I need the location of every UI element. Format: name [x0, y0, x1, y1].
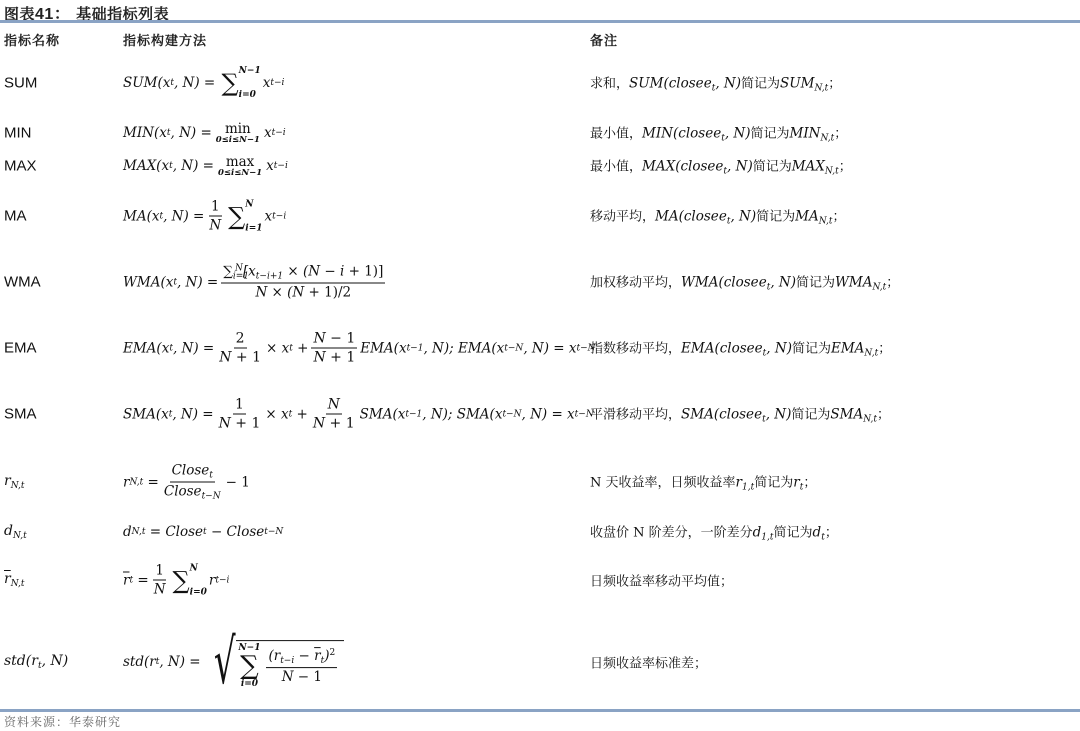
remark: 最小值，MAX(closeet, N)简记为MAXN,t；	[590, 156, 852, 177]
header-name: 指标名称	[4, 30, 60, 49]
formula-std: std(rt, N) = √ N−1∑i=0 (rt−i − rt)2N − 1	[123, 634, 344, 690]
formula-max: MAX(xt, N) = max0≤i≤N−1xt−i	[123, 154, 288, 178]
indicator-name: EMA	[4, 340, 37, 357]
indicator-name: MA	[4, 208, 27, 225]
indicator-name: SMA	[4, 406, 37, 423]
bottom-rule	[0, 709, 1080, 712]
source-note: 资料来源：华泰研究	[4, 713, 121, 730]
remark: N 天收益率，日频收益率r1,t简记为rt；	[590, 472, 816, 493]
header-remark: 备注	[590, 30, 618, 49]
indicator-name: dN,t	[4, 523, 27, 541]
remark: 求和，SUM(closeet, N)简记为SUMN,t；	[590, 73, 841, 94]
indicator-name: std(rt, N)	[4, 653, 68, 671]
header-method: 指标构建方法	[123, 30, 207, 49]
formula-wma: WMA(xt, N) = ∑i=1N[xt−i+1 × (N − i + 1)]…	[123, 264, 388, 301]
formula-ema: EMA(xt, N) = 2N + 1 × xt + N − 1N + 1EMA…	[123, 331, 596, 366]
remark: 最小值，MIN(closeet, N)简记为MINN,t；	[590, 123, 847, 144]
top-rule	[0, 20, 1080, 23]
remark: 收盘价 N 阶差分，一阶差分d1,t简记为dt；	[590, 522, 838, 543]
remark: 日频收益率移动平均值；	[590, 571, 733, 590]
formula-sum: SUM(xt, N) = ∑N−1i=0xt−i	[123, 66, 284, 100]
formula-return: rN,t = ClosetCloset−N− 1	[123, 463, 250, 502]
remark: 日频收益率标准差；	[590, 653, 707, 672]
indicator-name: WMA	[4, 274, 41, 291]
remark: 移动平均，MA(closeet, N)简记为MAN,t；	[590, 206, 846, 227]
formula-min: MIN(xt, N) = min0≤i≤N−1xt−i	[123, 121, 286, 145]
remark: 指数移动平均，EMA(closeet, N)简记为EMAN,t；	[590, 338, 891, 359]
indicator-name: rN,t	[4, 571, 24, 589]
indicator-name: SUM	[4, 75, 37, 92]
remark: 加权移动平均，WMA(closeet, N)简记为WMAN,t；	[590, 272, 899, 293]
remark: 平滑移动平均，SMA(closeet, N)简记为SMAN,t；	[590, 404, 890, 425]
formula-sma: SMA(xt, N) = 1N + 1 × xt + NN + 1SMA(xt−…	[123, 397, 594, 432]
formula-mean-return: rt = 1N ∑Ni=0rt−i	[123, 563, 229, 598]
indicator-name: rN,t	[4, 473, 24, 491]
formula-diff: dN,t = Closet − Closet−N	[123, 524, 283, 540]
indicator-name: MAX	[4, 158, 37, 175]
formula-ma: MA(xt, N) = 1N ∑Ni=1xt−i	[123, 199, 286, 234]
indicator-name: MIN	[4, 125, 32, 142]
